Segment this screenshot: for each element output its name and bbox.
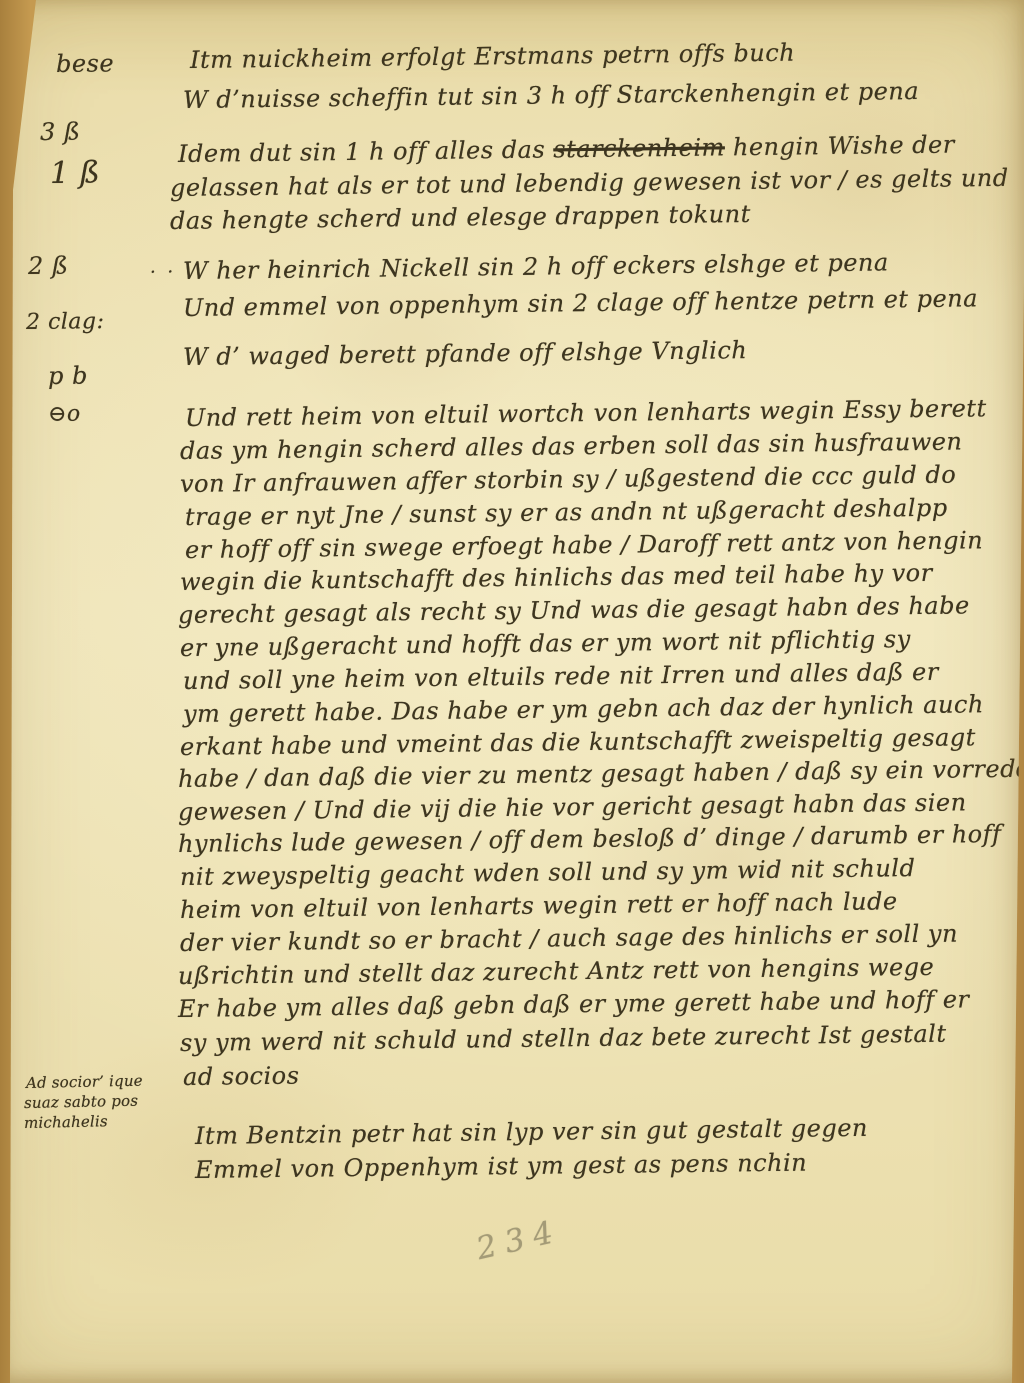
text-line: trage er nyt Jne / sunst sy er as andn n… — [185, 494, 948, 531]
text-line: sy ym werd nit schuld und stelln daz bet… — [180, 1020, 947, 1057]
text-line: Itm nuickheim erfolgt Erstmans petrn off… — [190, 39, 796, 74]
text-line: Idem dut sin 1 h off alles das starckenh… — [178, 131, 955, 168]
text-line: wegin die kuntschafft des hinlichs das m… — [180, 559, 933, 596]
margin-note: ⊖o — [48, 402, 81, 427]
text-line: W her heinrich Nickell sin 2 h off ecker… — [183, 248, 889, 285]
text-line: heim von eltuil von lenharts wegin rett … — [180, 887, 898, 924]
margin-note-latin: Ad socior’ ique — [26, 1072, 143, 1092]
scan-background: bese 3 ß 1 ß 2 ß 2 clag: p b ⊖o · · Itm … — [0, 0, 1024, 1383]
text-line: hynlichs lude gewesen / off dem besloß d… — [178, 820, 1002, 858]
text-line: und soll yne heim von eltuils rede nit I… — [183, 658, 939, 695]
text-line: Er habe ym alles daß gebn daß er yme ger… — [178, 985, 970, 1023]
text-segment: Idem dut sin 1 h off alles das — [178, 135, 554, 168]
text-line: Itm Bentzin petr hat sin lyp ver sin gut… — [195, 1114, 868, 1150]
folio-number: 234 — [473, 1213, 565, 1267]
margin-note: 3 ß — [40, 118, 81, 146]
text-line: Und rett heim von eltuil wortch von lenh… — [185, 394, 987, 432]
text-line: W d’nuisse scheffin tut sin 3 h off Star… — [183, 77, 919, 114]
margin-note: 2 clag: — [26, 309, 105, 335]
text-segment: hengin Wishe der — [725, 131, 955, 162]
text-line: gerecht gesagt als recht sy Und was die … — [178, 591, 970, 629]
guide-dots: · · — [150, 262, 176, 283]
text-line: gewesen / Und die vij die hie vor gerich… — [178, 788, 967, 826]
text-line: habe / dan daß die vier zu mentz gesagt … — [178, 755, 1024, 793]
text-line: erkant habe und vmeint das die kuntschaf… — [180, 723, 976, 761]
text-line: er hoff off sin swege erfoegt habe / Dar… — [185, 526, 983, 564]
margin-note: bese — [56, 49, 114, 78]
text-line: nit zweyspeltig geacht wden soll und sy … — [180, 854, 916, 891]
margin-note: 1 ß — [50, 155, 101, 191]
margin-note-latin: suaz sabto pos — [24, 1092, 139, 1112]
text-line: W d’ waged berett pfande off elshge Vngl… — [183, 336, 748, 371]
text-line: er yne ußgeracht und hofft das er ym wor… — [180, 625, 911, 662]
text-line: das ym hengin scherd alles das erben sol… — [180, 427, 963, 465]
margin-note: p b — [48, 362, 88, 390]
text-line: ad socios — [183, 1062, 300, 1091]
text-line: Emmel von Oppenhym ist ym gest as pens n… — [195, 1149, 807, 1184]
text-line: Und emmel von oppenhym sin 2 clage off h… — [183, 284, 978, 322]
margin-note: 2 ß — [28, 252, 69, 280]
margin-note-latin: michahelis — [24, 1112, 108, 1132]
text-line: das hengte scherd und elesge drappen tok… — [170, 200, 751, 235]
text-line: von Ir anfrauwen affer storbin sy / ußge… — [180, 461, 957, 498]
text-line: gelassen hat als er tot und lebendig gew… — [170, 164, 1009, 202]
manuscript-page: bese 3 ß 1 ß 2 ß 2 clag: p b ⊖o · · Itm … — [0, 0, 1024, 1383]
text-line: ußrichtin und stellt daz zurecht Antz re… — [178, 953, 935, 990]
text-line: der vier kundt so er bracht / auch sage … — [180, 919, 958, 957]
struck-word: starckenheim — [553, 133, 725, 163]
text-line: ym gerett habe. Das habe er ym gebn ach … — [183, 690, 984, 728]
